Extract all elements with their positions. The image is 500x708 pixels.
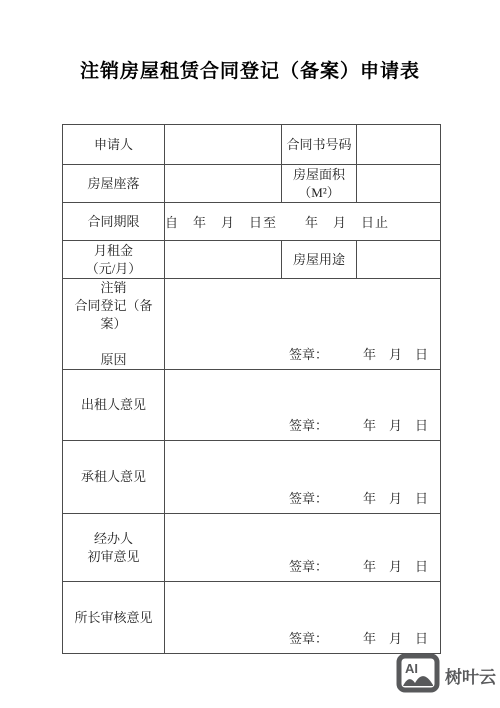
table-row: 申请人 合同书号码	[63, 125, 441, 165]
field-label-contract-number: 合同书号码	[282, 125, 357, 165]
date-placeholder: 年 月 日	[363, 560, 428, 574]
field-label-monthly-rent: 月租金 （元/月）	[63, 241, 165, 279]
ai-image-logo-icon: AI	[396, 653, 440, 698]
table-row: 所长审核意见 签章： 年 月 日	[63, 582, 441, 654]
signature-label: 签章：	[289, 632, 328, 646]
field-label-house-area: 房屋面积 （M²）	[282, 165, 357, 203]
field-value-house-usage	[357, 241, 441, 279]
date-placeholder: 年 月 日	[363, 348, 428, 362]
signature-label: 签章：	[289, 560, 328, 574]
field-label-director-review-opinion: 所长审核意见	[63, 582, 165, 654]
field-label-cancellation-reason: 注销 合同登记（备案） 原因	[63, 279, 165, 370]
field-value-monthly-rent	[165, 241, 282, 279]
signature-line: 签章： 年 月 日	[289, 348, 428, 362]
table-row: 月租金 （元/月） 房屋用途	[63, 241, 441, 279]
field-area-lessee-opinion: 签章： 年 月 日	[165, 441, 441, 514]
date-placeholder: 年 月 日	[363, 632, 428, 646]
field-label-contract-period: 合同期限	[63, 203, 165, 241]
signature-label: 签章：	[289, 348, 328, 362]
field-label-lessee-opinion: 承租人意见	[63, 441, 165, 514]
application-form-table: 申请人 合同书号码 房屋座落 房屋面积 （M²） 合同期限 自 年 月 日至 年…	[62, 124, 441, 654]
field-area-handler-preliminary-opinion: 签章： 年 月 日	[165, 514, 441, 582]
field-label-house-usage: 房屋用途	[282, 241, 357, 279]
field-label-lessor-opinion: 出租人意见	[63, 370, 165, 441]
field-value-applicant	[165, 125, 282, 165]
svg-text:AI: AI	[405, 661, 418, 676]
field-value-contract-period: 自 年 月 日至 年 月 日止	[165, 203, 441, 241]
signature-line: 签章： 年 月 日	[289, 419, 428, 433]
table-row: 注销 合同登记（备案） 原因 签章： 年 月 日	[63, 279, 441, 370]
field-label-house-location: 房屋座落	[63, 165, 165, 203]
field-area-director-review-opinion: 签章： 年 月 日	[165, 582, 441, 654]
table-row: 承租人意见 签章： 年 月 日	[63, 441, 441, 514]
table-row: 出租人意见 签章： 年 月 日	[63, 370, 441, 441]
signature-label: 签章：	[289, 419, 328, 433]
table-row: 房屋座落 房屋面积 （M²）	[63, 165, 441, 203]
field-label-applicant: 申请人	[63, 125, 165, 165]
field-value-contract-number	[357, 125, 441, 165]
signature-line: 签章： 年 月 日	[289, 492, 428, 506]
field-area-lessor-opinion: 签章： 年 月 日	[165, 370, 441, 441]
signature-line: 签章： 年 月 日	[289, 560, 428, 574]
watermark-brand: AI 树叶云	[396, 653, 496, 698]
date-placeholder: 年 月 日	[363, 492, 428, 506]
table-row: 合同期限 自 年 月 日至 年 月 日止	[63, 203, 441, 241]
document-page: 注销房屋租赁合同登记（备案）申请表 申请人 合同书号码 房屋座落 房屋面积 （M…	[0, 0, 500, 708]
signature-line: 签章： 年 月 日	[289, 632, 428, 646]
field-value-house-location	[165, 165, 282, 203]
field-area-cancellation-reason: 签章： 年 月 日	[165, 279, 441, 370]
field-value-house-area	[357, 165, 441, 203]
field-label-handler-preliminary-opinion: 经办人 初审意见	[63, 514, 165, 582]
signature-label: 签章：	[289, 492, 328, 506]
page-title: 注销房屋租赁合同登记（备案）申请表	[0, 56, 500, 83]
brand-name: 树叶云	[445, 663, 496, 688]
date-placeholder: 年 月 日	[363, 419, 428, 433]
table-row: 经办人 初审意见 签章： 年 月 日	[63, 514, 441, 582]
